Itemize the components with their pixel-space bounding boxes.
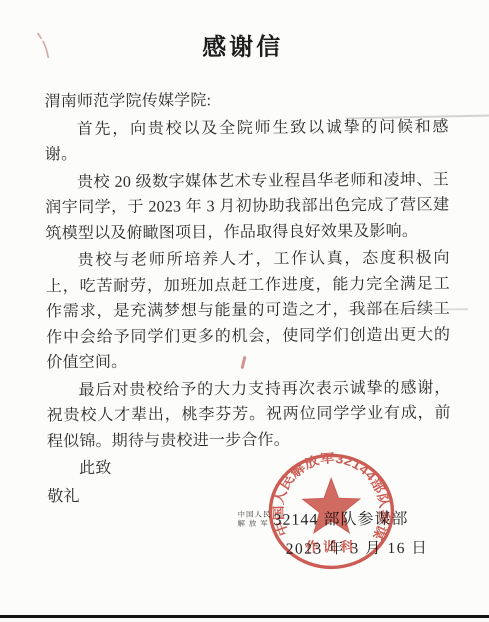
salutation: 渭南师范学院传媒学院: xyxy=(44,87,448,115)
signature-org-small: 中国人民 解 放 军 xyxy=(237,509,271,527)
closing-cizhi: 此致 xyxy=(47,454,451,482)
signature-org-small-line1: 中国人民 xyxy=(237,509,271,518)
scan-bottom-edge xyxy=(0,615,489,618)
signature-org-small-line2: 解 放 军 xyxy=(237,518,271,527)
paragraph-2: 贵校 20 级数字媒体艺术专业程昌华老师和凌坤、王润宇同学，于 2023 年 3… xyxy=(45,167,450,246)
signature-date: 2023 年 3 月 16 日 xyxy=(238,536,438,559)
signature-org-main: 32144 部队参谋部 xyxy=(273,506,408,530)
paragraph-4: 最后对贵校给予的大力支持再次表示诚挚的感谢，祝贵校人才辈出，桃李芬芳。祝两位同学… xyxy=(46,375,451,454)
signature-block: 中国人民 解 放 军 32144 部队参谋部 2023 年 3 月 16 日 xyxy=(237,506,437,559)
letter-body: 渭南师范学院传媒学院: 首先，向贵校以及全院师生致以诚挚的问候和感谢。 贵校 2… xyxy=(44,87,451,512)
letter-title: 感谢信 xyxy=(0,25,487,63)
scanned-letter-page: 感谢信 渭南师范学院传媒学院: 首先，向贵校以及全院师生致以诚挚的问候和感谢。 … xyxy=(0,0,489,622)
letter-sheet: 感谢信 渭南师范学院传媒学院: 首先，向贵校以及全院师生致以诚挚的问候和感谢。 … xyxy=(0,0,489,622)
paragraph-1: 首先，向贵校以及全院师生致以诚挚的问候和感谢。 xyxy=(45,114,449,168)
signature-org-line: 中国人民 解 放 军 32144 部队参谋部 xyxy=(237,506,437,530)
